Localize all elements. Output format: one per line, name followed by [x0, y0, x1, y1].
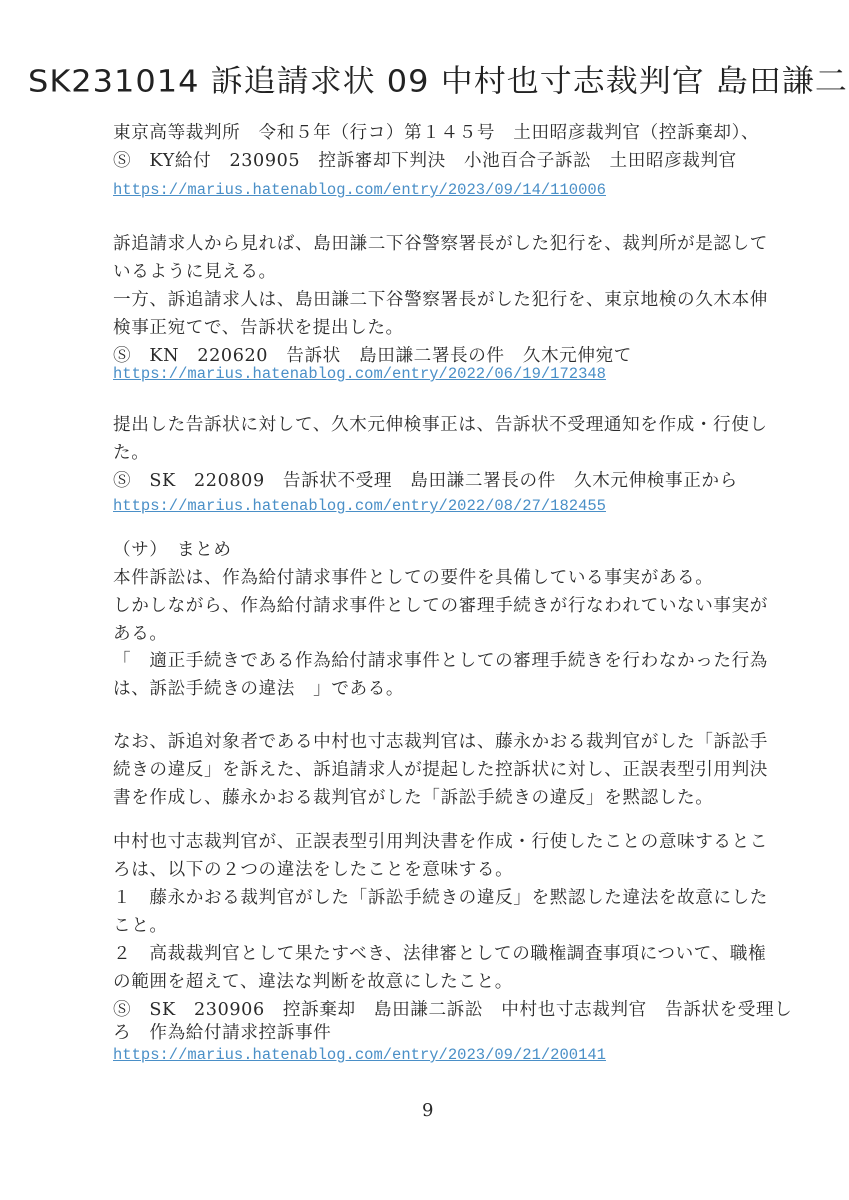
text-line: いるように見える。 — [113, 261, 277, 283]
text-line: Ⓢ KY給付 230905 控訴審却下判決 小池百合子訴訟 土田昭彦裁判官 — [113, 150, 737, 172]
text-line: Ⓢ SK 220809 告訴状不受理 島田謙二署長の件 久木元伸検事正から — [113, 470, 738, 492]
text-line: 中村也寸志裁判官が、正誤表型引用判決書を作成・行使したことの意味するとこ — [113, 831, 768, 853]
text-line: しかしながら、作為給付請求事件としての審理手続きが行なわれていない事実が — [113, 595, 768, 617]
text-line: （サ） まとめ — [113, 539, 232, 561]
blog-link[interactable]: https://marius.hatenablog.com/entry/2023… — [113, 180, 606, 200]
text-line: 続きの違反」を訴えた、訴追請求人が提起した控訴状に対し、正誤表型引用判決 — [113, 759, 768, 781]
text-line: の範囲を超えて、違法な判断を故意にしたこと。 — [113, 971, 513, 993]
text-line: た。 — [113, 442, 149, 464]
text-line: なお、訴追対象者である中村也寸志裁判官は、藤永かおる裁判官がした「訴訟手 — [113, 731, 768, 753]
blog-link[interactable]: https://marius.hatenablog.com/entry/2022… — [113, 496, 606, 516]
text-line: ２ 高裁裁判官として果たすべき、法律審としての職権調査事項について、職権 — [113, 943, 766, 965]
text-line: １ 藤永かおる裁判官がした「訴訟手続きの違反」を黙認した違法を故意にした — [113, 887, 768, 909]
text-line: ろは、以下の２つの違法をしたことを意味する。 — [113, 859, 513, 881]
text-line: 本件訴訟は、作為給付請求事件としての要件を具備している事実がある。 — [113, 567, 713, 589]
text-line: は、訴訟手続きの違法 」である。 — [113, 678, 404, 700]
text-line: 東京高等裁判所 令和５年（行コ）第１４５号 土田昭彦裁判官（控訴棄却）、 — [113, 122, 759, 144]
blog-link[interactable]: https://marius.hatenablog.com/entry/2022… — [113, 364, 606, 384]
text-line: Ⓢ SK 230906 控訴棄却 島田謙二訴訟 中村也寸志裁判官 告訴状を受理し — [113, 999, 792, 1021]
text-line: 提出した告訴状に対して、久木元伸検事正は、告訴状不受理通知を作成・行使し — [113, 414, 768, 436]
page-number: 9 — [422, 1100, 433, 1121]
text-line: 訴追請求人から見れば、島田謙二下谷警察署長がした犯行を、裁判所が是認して — [113, 233, 768, 255]
text-line: 「 適正手続きである作為給付請求事件としての審理手続きを行わなかった行為 — [113, 650, 768, 672]
text-line: 検事正宛てで、告訴状を提出した。 — [113, 317, 404, 339]
text-line: ろ 作為給付請求控訴事件 — [113, 1022, 331, 1044]
text-line: 書を作成し、藤永かおる裁判官がした「訴訟手続きの違反」を黙認した。 — [113, 787, 713, 809]
text-line: ある。 — [113, 623, 168, 645]
blog-link[interactable]: https://marius.hatenablog.com/entry/2023… — [113, 1045, 606, 1065]
handwritten-title: SK231014 訴追請求状 09 中村也寸志裁判官 島田謙二訴訟 — [28, 57, 849, 101]
text-line: こと。 — [113, 915, 168, 937]
text-line: 一方、訴追請求人は、島田謙二下谷警察署長がした犯行を、東京地検の久木本伸 — [113, 289, 768, 311]
